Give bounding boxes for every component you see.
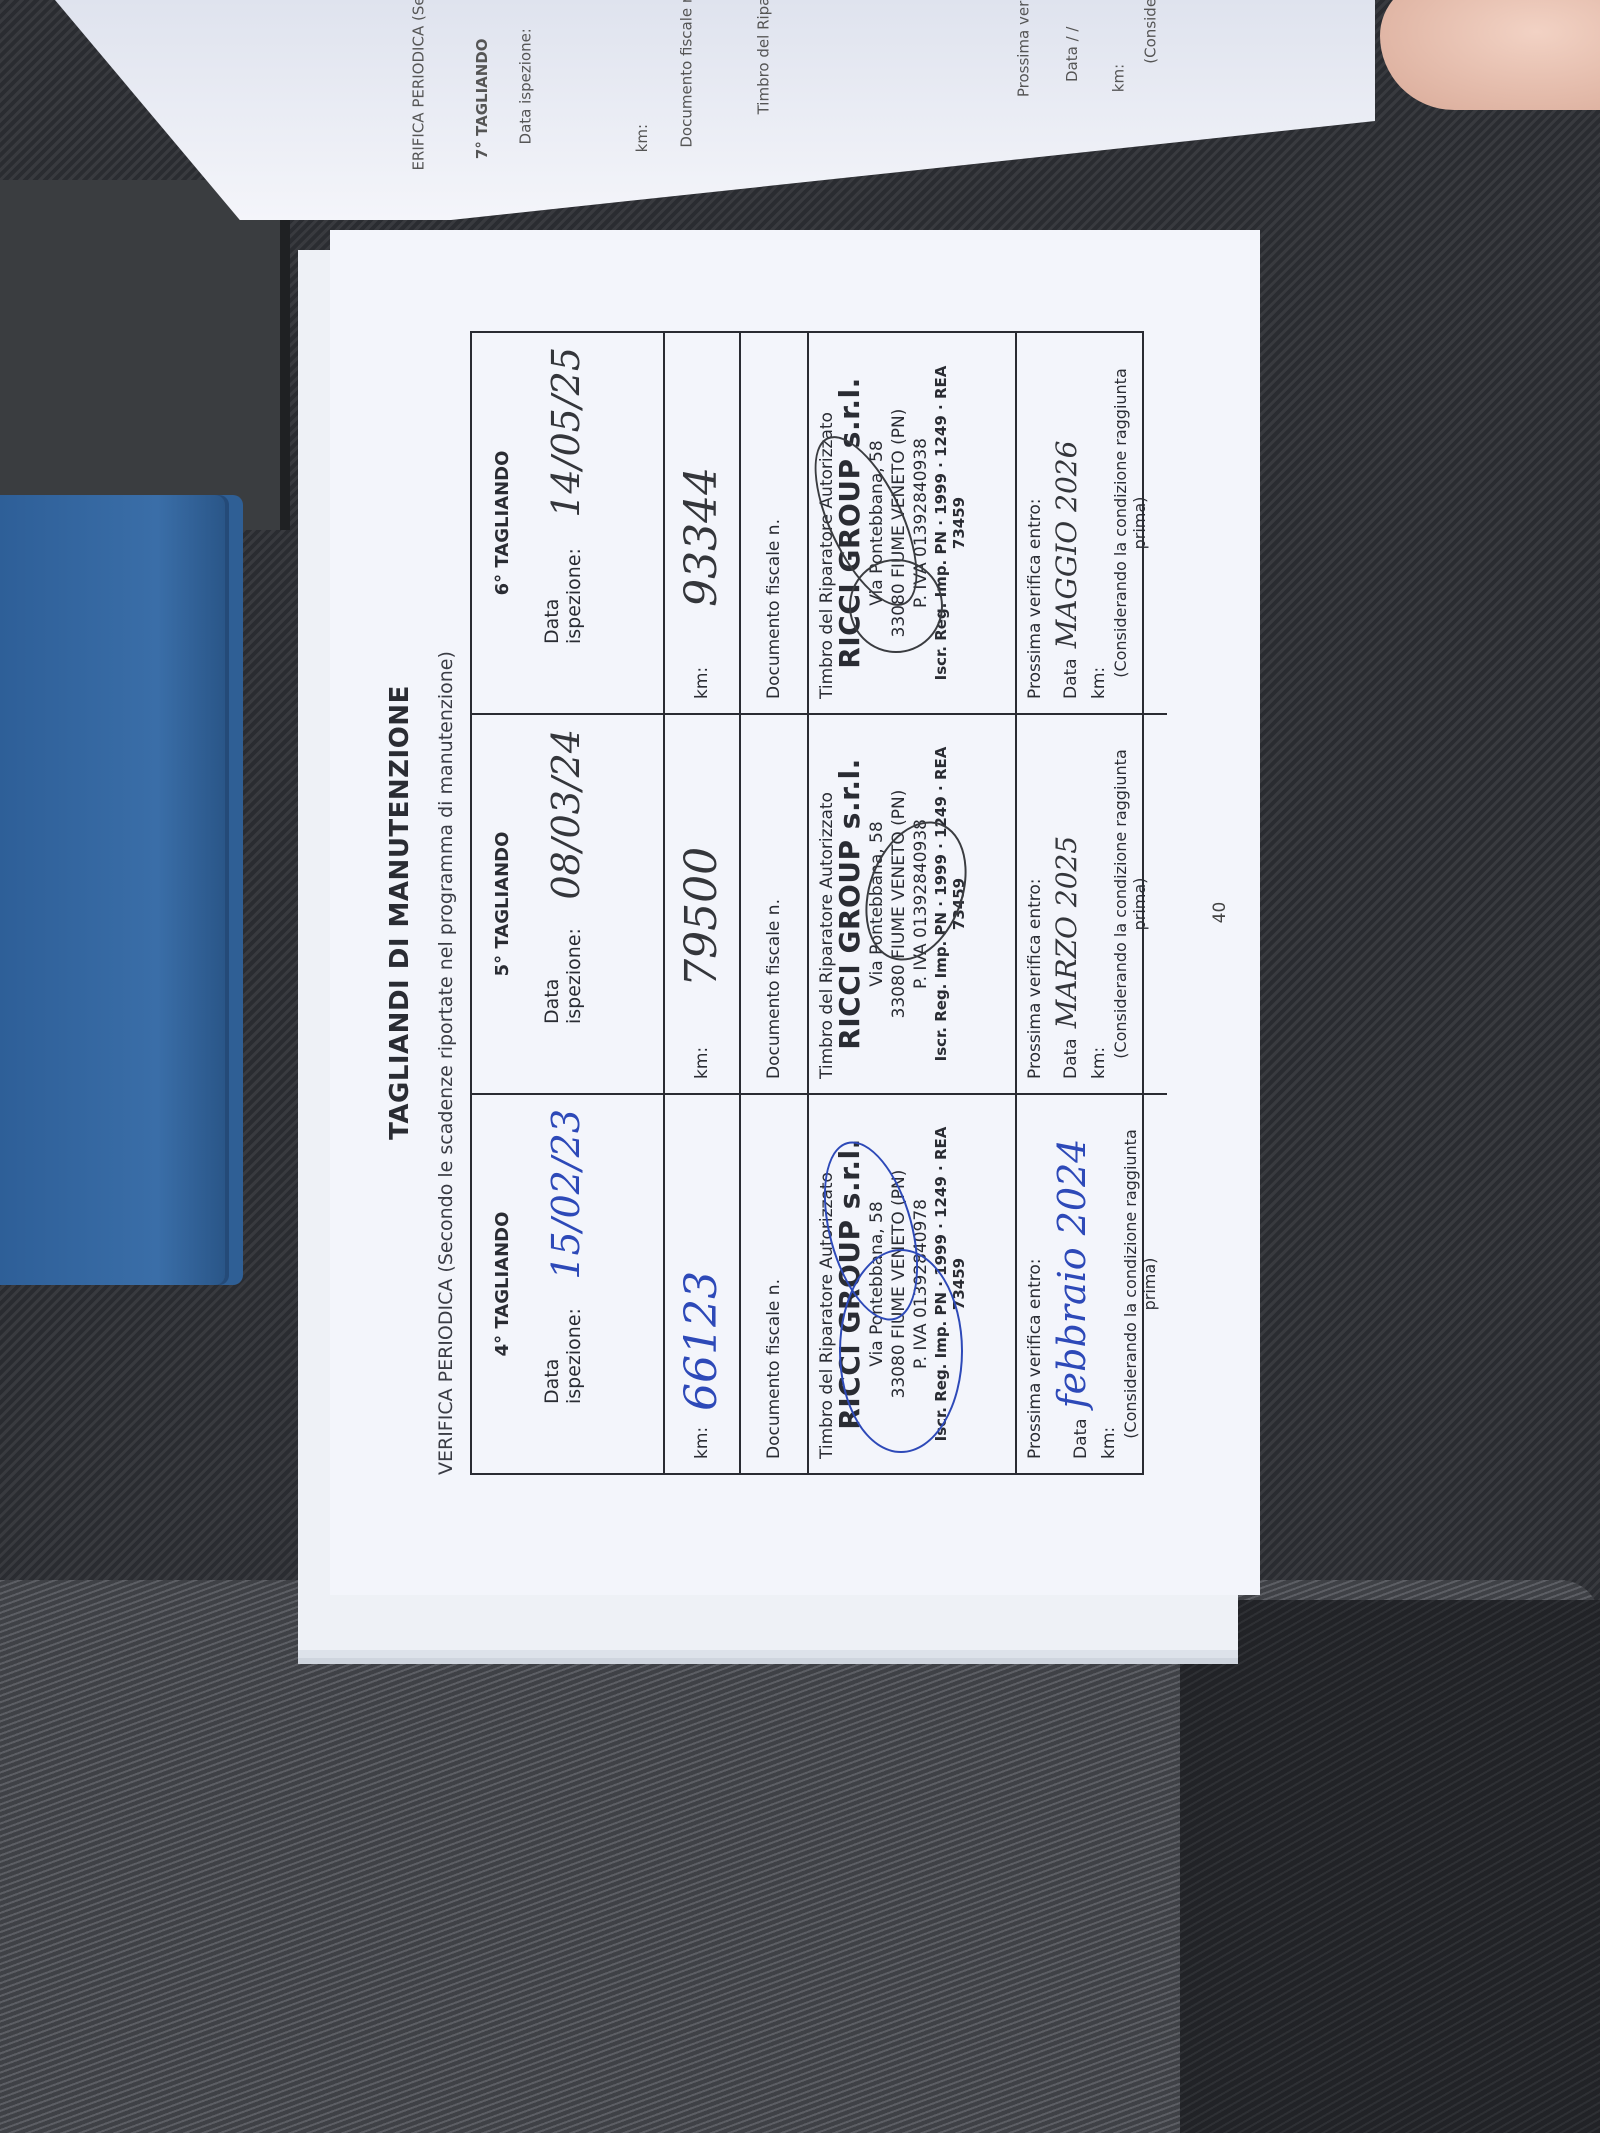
page-subtitle: VERIFICA PERIODICA (Secondo le scadenze …: [435, 651, 457, 1475]
km-label: km:: [692, 1047, 712, 1079]
page-title: TAGLIANDI DI MANUTENZIONE: [385, 230, 415, 1595]
fiscal-doc-label: Documento fiscale n.: [764, 899, 784, 1079]
coupon-4: 4° TAGLIANDO Data ispezione: 15/02/23 km…: [472, 1093, 1167, 1473]
dealer-stamp: RICCI GROUP s.r.l. Via Pontebbana, 58 33…: [833, 1109, 968, 1459]
stamp-address: Via Pontebbana, 58: [866, 1109, 888, 1459]
stamp-cell: Timbro del Riparatore Autorizzato RICCI …: [809, 333, 1017, 713]
fiscal-doc-row: Documento fiscale n.: [741, 1095, 809, 1473]
next-km-label: km:: [1089, 729, 1109, 1079]
next-check-cell: Prossima verifica entro: Data febbraio 2…: [1017, 1095, 1167, 1473]
next-check-note: (Considerando la condizione raggiunta pr…: [1121, 1109, 1159, 1459]
fiscal-doc-label: Documento fiscale n.: [764, 519, 784, 699]
next-check-cell: Prossima verifica entro: Data MAGGIO 202…: [1017, 333, 1167, 713]
fiscal-doc-row: Documento fiscale n.: [741, 715, 809, 1093]
inspection-date-label: Data ispezione:: [541, 908, 585, 1024]
next-page-peek: VERIFICA PERIODICA (Secondo... 7° TAGLIA…: [360, 0, 1220, 170]
blue-document-folder: [0, 495, 225, 1285]
stamp-address: Via Pontebbana, 58: [866, 729, 888, 1079]
km-value: 66123: [680, 1271, 724, 1411]
stamp-registry: Iscr. Reg. Imp. PN · 1999 · 1249 · REA 7…: [932, 1109, 968, 1459]
peek-documento: Documento fiscale n.: [678, 0, 696, 148]
coupon-title: 5° TAGLIANDO: [492, 729, 513, 1079]
coupon-title: 6° TAGLIANDO: [492, 347, 513, 699]
fiscal-doc-row: Documento fiscale n.: [741, 333, 809, 713]
dealer-stamp: RICCI GROUP s.r.l. Via Pontebbana, 58 33…: [833, 729, 968, 1079]
booklet-page: TAGLIANDI DI MANUTENZIONE VERIFICA PERIO…: [330, 230, 1260, 1595]
km-value: 79500: [680, 847, 724, 987]
inspection-date-value: 14/05/25: [547, 347, 585, 518]
next-date-label: Data: [1071, 1418, 1091, 1459]
stamp-city: 33080 FIUME VENETO (PN): [888, 1109, 910, 1459]
page-number: 40: [1210, 230, 1230, 1595]
peek-note: (Considerando la...: [1141, 0, 1159, 64]
km-label: km:: [692, 1427, 712, 1459]
km-row: km: 79500: [665, 715, 741, 1093]
km-label: km:: [692, 667, 712, 699]
peek-data-ispezione: Data ispezione:: [516, 28, 534, 144]
coupons-table: 4° TAGLIANDO Data ispezione: 15/02/23 km…: [470, 331, 1144, 1475]
finger: [1380, 0, 1600, 110]
car-seat-side: [1180, 1600, 1600, 2133]
stamp-city: 33080 FIUME VENETO (PN): [888, 729, 910, 1079]
dealer-stamp: RICCI GROUP s.r.l. Via Pontebbana, 58 33…: [833, 347, 968, 699]
peek-prossima: Prossima verifica entro...: [1014, 0, 1032, 97]
inspection-date-label: Data ispezione:: [541, 526, 585, 644]
next-km-label: km:: [1099, 1109, 1119, 1459]
km-row: km: 66123: [665, 1095, 741, 1473]
stamp-cell: Timbro del Riparatore Autorizzato RICCI …: [809, 1095, 1017, 1473]
coupon-title: 4° TAGLIANDO: [492, 1109, 513, 1459]
km-value: 93344: [680, 467, 724, 607]
coupon-header: 6° TAGLIANDO Data ispezione: 14/05/25: [472, 333, 665, 713]
stamp-registry: Iscr. Reg. Imp. PN · 1999 · 1249 · REA 7…: [932, 347, 968, 699]
km-row: km: 93344: [665, 333, 741, 713]
coupon-header: 4° TAGLIANDO Data ispezione: 15/02/23: [472, 1095, 665, 1473]
peek-km2: km:: [1109, 64, 1127, 92]
stamp-cell: Timbro del Riparatore Autorizzato RICCI …: [809, 715, 1017, 1093]
inspection-date-value: 08/03/24: [547, 729, 585, 900]
next-check-label: Prossima verifica entro:: [1025, 1109, 1045, 1459]
inspection-date-label: Data ispezione:: [541, 1288, 585, 1404]
inspection-date-value: 15/02/23: [547, 1109, 585, 1280]
stamp-vat: P. IVA 01392840978: [910, 1109, 932, 1459]
peek-data: Data / /: [1063, 27, 1081, 82]
next-date-label: Data: [1061, 1038, 1081, 1079]
next-date-value: MARZO 2025: [1053, 836, 1081, 1029]
next-check-note: (Considerando la condizione raggiunta pr…: [1111, 729, 1149, 1079]
next-check-note: (Considerando la condizione raggiunta pr…: [1111, 347, 1149, 699]
peek-timbro: Timbro del Riparatore A...: [755, 0, 773, 114]
next-date-value: MAGGIO 2026: [1053, 441, 1081, 649]
stamp-vat: P. IVA 01392840938: [910, 729, 932, 1079]
stamp-city: 33080 FIUME VENETO (PN): [888, 347, 910, 699]
stamp-name: RICCI GROUP s.r.l.: [833, 347, 866, 699]
next-check-label: Prossima verifica entro:: [1025, 347, 1045, 699]
stamp-name: RICCI GROUP s.r.l.: [833, 1109, 866, 1459]
stamp-vat: P. IVA 01392840938: [910, 347, 932, 699]
next-date-value: febbraio 2024: [1053, 1139, 1091, 1409]
peek-subtitle: VERIFICA PERIODICA (Secondo...: [410, 0, 428, 170]
stamp-address: Via Pontebbana, 58: [866, 347, 888, 699]
peek-km: km:: [633, 124, 651, 152]
next-km-label: km:: [1089, 347, 1109, 699]
coupon-header: 5° TAGLIANDO Data ispezione: 08/03/24: [472, 715, 665, 1093]
coupon-5: 5° TAGLIANDO Data ispezione: 08/03/24 km…: [472, 713, 1167, 1093]
center-console: [0, 180, 290, 530]
next-date-label: Data: [1061, 658, 1081, 699]
coupon-6: 6° TAGLIANDO Data ispezione: 14/05/25 km…: [472, 333, 1167, 713]
stamp-name: RICCI GROUP s.r.l.: [833, 729, 866, 1079]
fiscal-doc-label: Documento fiscale n.: [764, 1279, 784, 1459]
peek-coupon-title: 7° TAGLIANDO: [473, 38, 491, 159]
next-check-cell: Prossima verifica entro: Data MARZO 2025…: [1017, 715, 1167, 1093]
stamp-registry: Iscr. Reg. Imp. PN · 1999 · 1249 · REA 7…: [932, 729, 968, 1079]
next-check-label: Prossima verifica entro:: [1025, 729, 1045, 1079]
